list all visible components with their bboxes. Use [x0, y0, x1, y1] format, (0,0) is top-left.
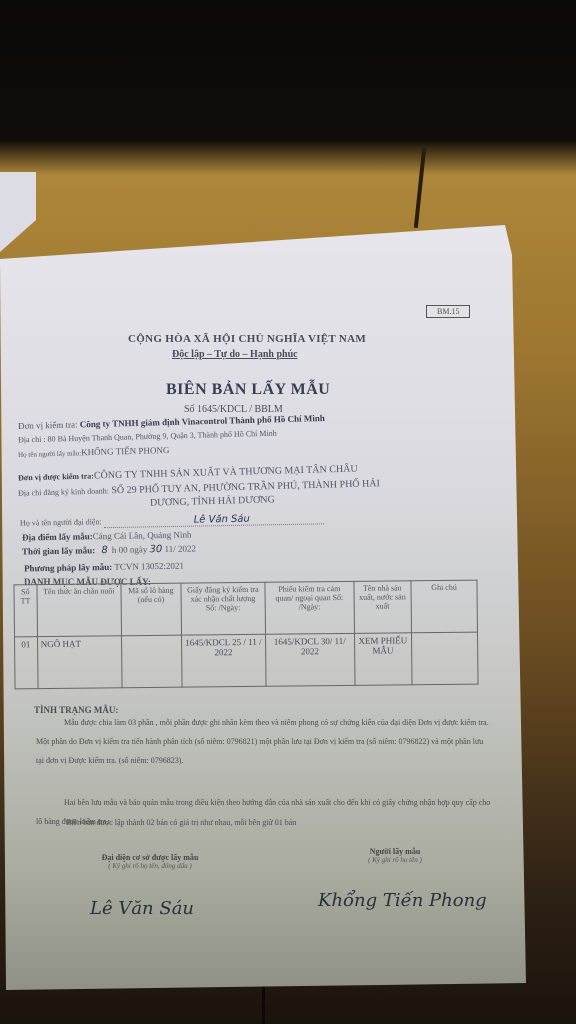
condition-paragraph: Mẫu được chia làm 03 phần , mỗi phần đượ… [36, 713, 491, 770]
desk-seam [262, 985, 265, 1024]
inspector-unit: Công ty TNHH giám định Vinacontrol Thành… [80, 413, 325, 429]
location-line: Địa điểm lấy mẫu:Cảng Cái Lân, Quảng Nin… [22, 530, 192, 543]
inspector-unit-line: Đơn vị kiểm tra: Công ty TNHH giám định … [18, 413, 325, 431]
sampling-method: TCVN 13052:2021 [114, 561, 184, 572]
table-cell: 1645/KDCL 25 / 11 / 2022 [181, 634, 266, 687]
column-header: Mã số lô hàng (nếu có) [121, 583, 181, 636]
time-mid: h 00 ngày [112, 544, 148, 555]
table-row: 01NGÔ HẠT1645/KDCL 25 / 11 / 20221645/KD… [15, 632, 479, 689]
table-cell: 01 [15, 637, 38, 689]
table-cell: NGÔ HẠT [37, 636, 122, 689]
document-number: Số 1645/KDCL / BBLM [184, 404, 283, 415]
column-header: Giấy đăng ký kiểm tra xác nhận chất lượn… [181, 582, 266, 635]
table-cell [121, 635, 181, 688]
right-signature-block: Người lấy mẫu ( Ký ghi rõ họ tên ) Khổng… [340, 847, 450, 911]
column-header: Phiếu kiểm tra cảm quan/ ngoại quan Số: … [265, 581, 354, 634]
label: Họ tên người lấy mẫu: [18, 449, 81, 459]
representative-handwriting: Lê Văn Sáu [194, 514, 250, 526]
inspector-address: 80 Bà Huyện Thanh Quan, Phường 9, Quận 3… [47, 429, 276, 444]
samples-table: Số TTTên thức ăn chăn nuôiMã số lô hàng … [13, 580, 478, 690]
left-signature-label: Đại diện cơ sở được lấy mẫu [80, 853, 220, 862]
sampling-location: Cảng Cái Lân, Quảng Ninh [93, 530, 192, 542]
form-code: BM.15 [426, 305, 470, 318]
motto: Độc lập – Tự do – Hạnh phúc [172, 349, 298, 360]
table-cell: XEM PHIẾU MẪU [354, 633, 412, 686]
left-signature-block: Đại diện cơ sở được lấy mẫu ( Ký ghi rõ … [80, 853, 220, 919]
column-header: Tên nhà sản xuất, nước sản xuất [353, 581, 411, 634]
right-signature-sub: ( Ký ghi rõ họ tên ) [340, 856, 450, 864]
representative-line: Họ và tên người đại diện: Lê Văn Sáu [20, 512, 324, 529]
sampling-report-document: BM.15 CỘNG HÒA XÃ HỘI CHỦ NGHĨA VIỆT NAM… [0, 225, 528, 990]
table-cell: 1645/KDCL 30/ 11/ 2022 [266, 633, 355, 686]
label: Địa điểm lấy mẫu: [22, 531, 93, 542]
column-header: Số TT [14, 585, 37, 637]
label: Phương pháp lấy mẫu: [24, 562, 112, 574]
label: Thời gian lấy mẫu: [22, 545, 95, 556]
business-address: SỐ 29 PHỐ TUY AN, PHƯỜNG TRẦN PHÚ, THÀNH… [111, 478, 380, 496]
table-body: 01NGÔ HẠT1645/KDCL 25 / 11 / 20221645/KD… [15, 632, 479, 689]
table-cell [412, 632, 478, 685]
column-header: Tên thức ăn chăn nuôi [37, 584, 122, 637]
dark-shadow [0, 0, 576, 175]
copies-paragraph: Biên bản được lập thành 02 bản có giá tr… [66, 813, 521, 832]
time-line: Thời gian lấy mẫu: 8h 00 ngày 30 11/ 202… [22, 543, 196, 557]
representative-field: Lê Văn Sáu [104, 512, 324, 528]
method-line: Phương pháp lấy mẫu: TCVN 13052:2021 [24, 561, 184, 574]
day-handwriting: 30 [150, 544, 163, 555]
column-header: Ghi chú [411, 580, 477, 633]
business-address-line-2: DƯƠNG, TỈNH HẢI DƯƠNG [150, 494, 275, 508]
inspector-address-line: Địa chỉ : 80 Bà Huyện Thanh Quan, Phường… [18, 429, 277, 445]
inspected-unit: CÔNG TY TNHH SẢN XUẤT VÀ THƯƠNG MẠI TÂN … [94, 464, 358, 482]
right-signature-label: Người lấy mẫu [340, 847, 450, 856]
time-rest: 11/ 2022 [165, 543, 197, 554]
hour-handwriting: 8 [101, 545, 108, 556]
label: Họ và tên người đại diện: [20, 517, 102, 527]
sampler-name: KHỔNG TIẾN PHONG [81, 445, 170, 457]
right-signature: Khổng Tiến Phong [318, 890, 450, 911]
document-title: BIÊN BẢN LẤY MẪU [166, 381, 330, 399]
sampler-line: Họ tên người lấy mẫu:KHỔNG TIẾN PHONG [18, 445, 170, 459]
label: Đơn vị được kiểm tra: [18, 471, 94, 482]
label: Địa chỉ đăng ký kinh doanh: [18, 486, 109, 497]
table-header-row: Số TTTên thức ăn chăn nuôiMã số lô hàng … [14, 580, 478, 637]
left-signature-sub: ( Ký ghi rõ họ tên, đóng dấu ) [80, 862, 220, 870]
left-signature: Lê Văn Sáu [90, 898, 220, 919]
nation-header: CỘNG HÒA XÃ HỘI CHỦ NGHĨA VIỆT NAM [128, 333, 366, 345]
label: Đơn vị kiểm tra: [18, 419, 78, 431]
label: Địa chỉ : [18, 435, 46, 445]
